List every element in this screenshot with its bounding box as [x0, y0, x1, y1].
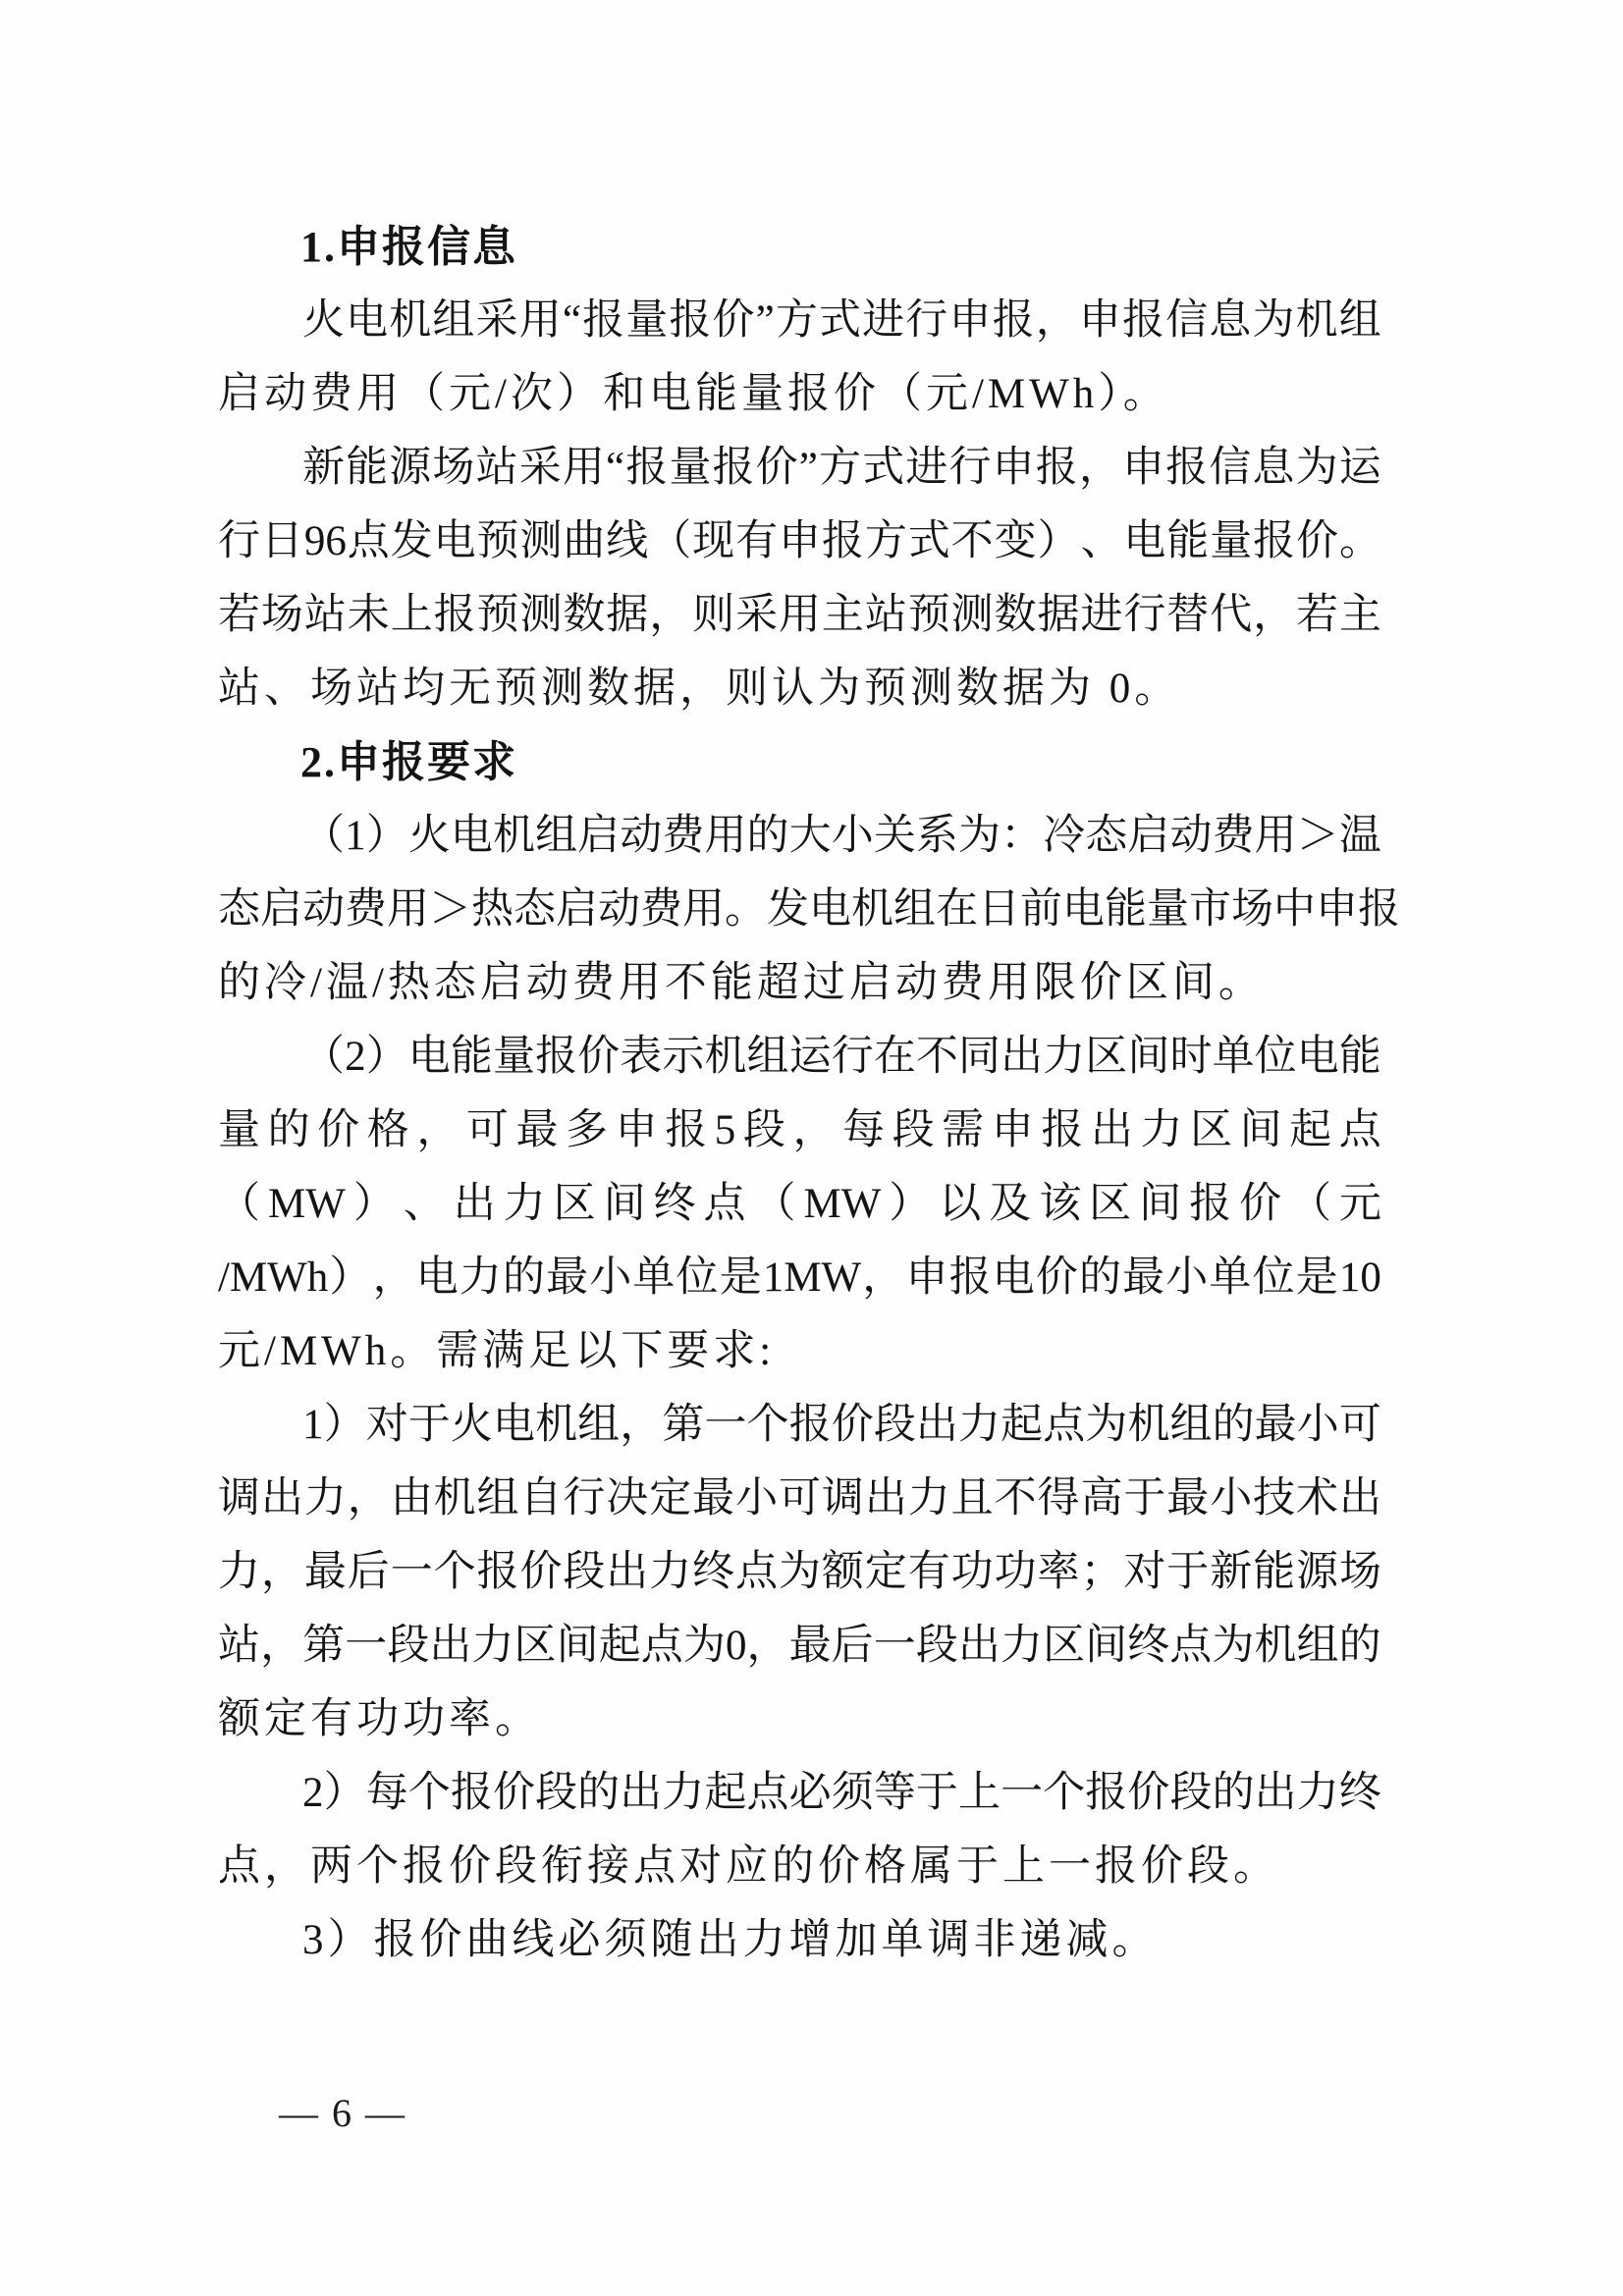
text-run: 量 [493, 1020, 535, 1094]
text-run: 价 [317, 1094, 359, 1167]
text-run: 96 [304, 505, 347, 578]
text-run: 区 [554, 1167, 596, 1241]
text-line: /MWh），电力的最小单位是1MW，申报电价的最小单位是10 [218, 1241, 1381, 1314]
text-run: 点 [747, 1756, 789, 1830]
text-run: （ [1289, 1167, 1331, 1241]
text-run: 申 [1079, 284, 1121, 357]
text-run: 个 [408, 1756, 451, 1830]
text-run: （ [218, 1167, 260, 1241]
text-run: 小 [735, 1462, 778, 1535]
text-line: 若场站未上报预测数据，则采用主站预测数据进行替代，若主 [218, 578, 1381, 652]
text-run: 间 [1139, 1167, 1181, 1241]
text-run: 该 [1039, 1167, 1081, 1241]
text-run: 报 [669, 284, 711, 357]
text-run: 最 [546, 1241, 588, 1314]
text-run: 报 [1085, 1756, 1127, 1830]
text-run: 机 [851, 873, 893, 946]
text-run: 是 [720, 1241, 762, 1314]
text-run: 报 [993, 284, 1035, 357]
text-run: 时 [1169, 1020, 1212, 1094]
text-line: 的冷/温/热态启动费用不能超过启动费用限价区间。 [218, 946, 1381, 1020]
text-run: 起 [704, 1756, 746, 1830]
text-run: 一 [345, 1609, 387, 1682]
text-run: 单 [1209, 1241, 1251, 1314]
text-run: 预 [477, 578, 519, 652]
text-run: 运 [789, 1020, 832, 1094]
text-run: 式 [908, 505, 950, 578]
text-run: 力 [662, 1756, 704, 1830]
text-run: 由 [391, 1462, 433, 1535]
text-run: 终 [1127, 1609, 1169, 1682]
text-line: 点，两个报价段衔接点对应的价格属于上一报价段。 [218, 1830, 1381, 1903]
text-run: 且 [951, 1462, 994, 1535]
text-run: ， [1253, 578, 1295, 652]
text-run: 决 [606, 1462, 648, 1535]
text-run: 出 [1339, 1462, 1381, 1535]
text-run: 申 [905, 1241, 947, 1314]
text-run: 力 [1043, 1020, 1085, 1094]
text-run: 于 [408, 1388, 451, 1462]
text-run: 1 [345, 799, 366, 873]
text-run: 组 [577, 1388, 620, 1462]
text-run: 小 [832, 799, 874, 873]
text-run: 能 [1253, 1535, 1295, 1609]
text-run: 方 [865, 505, 907, 578]
text-run: 新 [1210, 1535, 1252, 1609]
text-run: 5 [715, 1094, 736, 1167]
text-run: 未 [348, 578, 390, 652]
text-run: 用 [779, 578, 821, 652]
text-run: 电 [434, 505, 476, 578]
text-run: 进 [862, 284, 904, 357]
text-run: 电 [416, 1241, 459, 1314]
text-run: 出 [620, 1756, 662, 1830]
text-run: 2 [345, 1020, 366, 1094]
text-run: 小 [1297, 1388, 1339, 1462]
text-run: 费 [1213, 799, 1255, 873]
text-run: 对 [1123, 1535, 1165, 1609]
text-run: ； [1080, 1535, 1122, 1609]
text-line: 态启动费用＞热态启动费用。发电机组在日前电能量市场中申报 [218, 873, 1381, 946]
text-run: 报 [434, 578, 476, 652]
text-run: 区 [1043, 1609, 1085, 1682]
text-run: 新 [302, 431, 345, 505]
text-line: 新能源场站采用“报量报价”方式进行申报，申报信息为运 [218, 431, 1381, 505]
text-run: 为 [683, 1609, 726, 1682]
text-run: 价 [577, 1020, 620, 1094]
text-run: 费 [662, 799, 704, 873]
text-run: ， [649, 578, 691, 652]
text-run: 0 [726, 1609, 747, 1682]
text-run: 数 [995, 578, 1037, 652]
text-run: 启 [556, 873, 598, 946]
text-line: 额定有功功率。 [218, 1682, 1381, 1756]
text-run: 方 [776, 284, 818, 357]
text-run: 发 [391, 505, 433, 578]
text-line: 元/MWh。需满足以下要求: [218, 1314, 1381, 1388]
text-run: 曲 [563, 505, 605, 578]
text-run: 站 [304, 578, 347, 652]
text-run: ） [324, 1756, 366, 1830]
page-number: — 6 — [279, 2089, 406, 2138]
text-run: 则 [692, 578, 734, 652]
text-run: “ [606, 431, 624, 505]
text-run: ， [620, 1388, 662, 1462]
text-run: 上 [391, 578, 433, 652]
text-run: 采 [519, 431, 562, 505]
text-run: 电 [1062, 873, 1105, 946]
text-run: 出 [1255, 1756, 1297, 1830]
text-run: 前 [1020, 873, 1062, 946]
text-run: 大 [789, 799, 832, 873]
text-run: 第 [302, 1609, 345, 1682]
text-run: 主 [1339, 578, 1381, 652]
text-run: 能 [1166, 505, 1209, 578]
text-line: 站，第一段出力区间起点为0，最后一段出力区间终点为机组的 [218, 1609, 1381, 1682]
text-run: 场 [261, 578, 303, 652]
text-run: 申 [1122, 431, 1164, 505]
text-run: 场 [1231, 873, 1273, 946]
text-run: 出 [1001, 1020, 1043, 1094]
text-run: 力 [471, 1609, 514, 1682]
text-run: 调 [822, 1462, 864, 1535]
text-run: 为 [1252, 284, 1294, 357]
text-run: 力 [218, 1535, 260, 1609]
text-run: 定 [649, 1462, 691, 1535]
text-run: 起 [1289, 1094, 1331, 1167]
text-run: ） [366, 1020, 408, 1094]
text-run: 报 [822, 505, 864, 578]
text-run: 行 [563, 1462, 605, 1535]
text-run: 申 [779, 505, 821, 578]
text-run: 最 [789, 1609, 832, 1682]
text-run: 及 [989, 1167, 1031, 1241]
text-run: 10 [1339, 1241, 1381, 1314]
text-run: 量 [625, 284, 668, 357]
text-run: 出 [916, 1388, 958, 1462]
text-run: 热 [471, 873, 514, 946]
text-run: 价 [1036, 1241, 1078, 1314]
text-run: 个 [747, 1388, 789, 1462]
text-run: 为 [1085, 1388, 1127, 1462]
text-run: 若 [1296, 578, 1338, 652]
text-run: 的 [1213, 1388, 1255, 1462]
text-run: 动 [598, 873, 640, 946]
text-run: 术 [1296, 1462, 1338, 1535]
text-run: 最 [304, 1535, 347, 1609]
text-run: ， [348, 1462, 390, 1535]
text-run: 点 [1169, 1609, 1212, 1682]
text-run: 费 [640, 873, 682, 946]
text-run: 用 [704, 799, 746, 873]
text-run: 1MW [763, 1241, 861, 1314]
text-run: 报 [1165, 431, 1208, 505]
text-run: （ [649, 505, 691, 578]
text-run: 火 [408, 799, 451, 873]
text-run: 机 [434, 1462, 476, 1535]
text-run: 最 [1166, 1462, 1209, 1535]
text-run: 价 [519, 1535, 562, 1609]
text-run: 。 [1339, 505, 1381, 578]
text-run: 在 [936, 873, 978, 946]
text-run: 得 [1038, 1462, 1080, 1535]
text-run: 机 [704, 1020, 746, 1094]
text-run: 变 [995, 505, 1037, 578]
text-run: 站 [476, 431, 518, 505]
text-run: 机 [1254, 1609, 1296, 1682]
text-run: 价 [1296, 505, 1338, 578]
text-run: 区 [1085, 1020, 1127, 1094]
text-run: 报 [1189, 1167, 1231, 1241]
text-run: 位 [1253, 1241, 1295, 1314]
text-run: 用 [387, 873, 429, 946]
text-run: 段 [563, 1535, 605, 1609]
text-run: 动 [302, 873, 345, 946]
text-run: 启 [1127, 799, 1169, 873]
text-run: 一 [704, 1388, 746, 1462]
text-run: 终 [692, 1535, 734, 1609]
text-line: 2）每个报价段的出力起点必须等于上一个报价段的出力终 [218, 1756, 1381, 1830]
document-body: 1.申报信息火电机组采用“报量报价”方式进行申报，申报信息为机组启动费用（元/次… [218, 210, 1381, 1977]
text-run: 一 [391, 1535, 433, 1609]
text-run: 火 [302, 284, 345, 357]
text-run: ） [1038, 505, 1080, 578]
text-run: 价 [832, 1388, 874, 1462]
text-run: 报 [535, 1020, 577, 1094]
text-run: 的 [747, 799, 789, 873]
text-run: 为 [1212, 1609, 1254, 1682]
text-run: 单 [1213, 1020, 1255, 1094]
text-run: 关 [874, 799, 916, 873]
text-run: 火 [451, 1388, 493, 1462]
text-run: 组 [1339, 284, 1381, 357]
text-run: 行 [1123, 578, 1165, 652]
text-run: 可 [466, 1094, 509, 1167]
text-run: 报 [713, 431, 755, 505]
text-run: ） [329, 1241, 371, 1314]
text-run: 个 [1043, 1756, 1085, 1830]
text-line: 量的价格，可最多申报5段，每段需申报出力区间起点 [218, 1094, 1381, 1167]
text-run: 最 [692, 1462, 734, 1535]
text-run: 量 [218, 1094, 260, 1167]
text-run: 价 [1239, 1167, 1281, 1241]
text-run: 报 [665, 1094, 707, 1167]
text-run: 有 [908, 1535, 950, 1609]
text-run: 组 [893, 873, 936, 946]
text-run: 场 [1339, 1535, 1381, 1609]
text-line: 站、场站均无预测数据，则认为预测数据为 0。 [218, 652, 1381, 725]
text-run: 出 [454, 1167, 496, 1241]
text-run: 启 [577, 799, 620, 873]
text-run: 需 [942, 1094, 984, 1167]
text-run: 的 [1339, 1609, 1381, 1682]
text-run: 电 [809, 873, 851, 946]
text-line: 启动费用（元/次）和电能量报价（元/MWh）。 [218, 357, 1381, 431]
text-run: 电 [1297, 1020, 1339, 1094]
text-run: 站 [218, 1609, 260, 1682]
text-run: 起 [1001, 1388, 1043, 1462]
text-run: 出 [958, 1609, 1001, 1682]
text-run: 行 [832, 1020, 874, 1094]
text-run: 式 [862, 431, 904, 505]
text-run: 最 [515, 1094, 558, 1167]
text-run: 日 [978, 873, 1020, 946]
text-line: 力，最后一个报价段出力终点为额定有功功率；对于新能源场 [218, 1535, 1381, 1609]
text-run: 采 [735, 578, 778, 652]
text-run: 间 [1240, 1094, 1282, 1167]
text-run: 段 [916, 1609, 958, 1682]
text-run: 动 [1169, 799, 1212, 873]
text-run: 不 [951, 505, 994, 578]
text-run: 功 [951, 1535, 994, 1609]
text-line: （MW）、出力区间终点（MW）以及该区间报价（元 [218, 1167, 1381, 1241]
text-run: 组 [477, 1462, 519, 1535]
text-run: 机 [389, 284, 431, 357]
text-run: 报 [477, 1535, 519, 1609]
text-run: 据 [1038, 578, 1080, 652]
text-run: 区 [1190, 1094, 1232, 1167]
text-run: 机 [1127, 1388, 1169, 1462]
text-run: 区 [514, 1609, 557, 1682]
text-run: ， [261, 1535, 303, 1609]
text-run: （ [754, 1167, 796, 1241]
text-run: 上 [958, 1756, 1001, 1830]
text-run: 机 [1296, 284, 1338, 357]
text-run: 主 [822, 578, 864, 652]
text-run: 等 [874, 1756, 916, 1830]
text-run: 力 [1297, 1756, 1339, 1830]
text-run: 能 [1105, 873, 1147, 946]
text-run: 力 [908, 1462, 950, 1535]
text-run: 定 [865, 1535, 907, 1609]
text-run: 息 [1252, 431, 1294, 505]
text-run: 报 [1036, 431, 1078, 505]
text-run: 行 [905, 284, 947, 357]
text-run: 必 [789, 1756, 832, 1830]
text-run: 电 [493, 1388, 535, 1462]
text-run: 量 [1210, 505, 1252, 578]
text-run: 有 [735, 505, 778, 578]
text-run: “ [563, 284, 581, 357]
text-run: 申 [948, 284, 991, 357]
text-run: 报 [1122, 284, 1164, 357]
document-page: 1.申报信息火电机组采用“报量报价”方式进行申报，申报信息为机组启动费用（元/次… [0, 0, 1623, 2296]
text-run: 段 [1169, 1756, 1212, 1830]
text-run: 须 [832, 1756, 874, 1830]
text-run: 系 [916, 799, 958, 873]
text-run: 温 [1339, 799, 1381, 873]
text-run: 出 [1091, 1094, 1133, 1167]
text-run: 段 [535, 1756, 577, 1830]
text-run: 预 [908, 578, 950, 652]
text-run: 运 [1339, 431, 1381, 505]
text-run: 小 [1165, 1241, 1208, 1314]
text-run: ＞ [1297, 799, 1339, 873]
text-run: 不 [916, 1020, 958, 1094]
text-run: 位 [1255, 1020, 1297, 1094]
text-run: 申 [1316, 873, 1358, 946]
text-run: 多 [566, 1094, 608, 1167]
text-run: 的 [268, 1094, 310, 1167]
text-run: 费 [345, 873, 387, 946]
text-run: 量 [1147, 873, 1189, 946]
text-run: 电 [1123, 505, 1165, 578]
text-run: 高 [1080, 1462, 1122, 1535]
text-run: 报 [949, 1241, 992, 1314]
text-run: 间 [1127, 1020, 1169, 1094]
text-run: 最 [1122, 1241, 1164, 1314]
text-run: 力 [1140, 1094, 1182, 1167]
text-run: 进 [1080, 578, 1122, 652]
text-run: 采 [476, 284, 518, 357]
text-run: 示 [662, 1020, 704, 1094]
text-line: 调出力，由机组自行决定最小可调出力且不得高于最小技术出 [218, 1462, 1381, 1535]
text-run: MW [268, 1167, 346, 1241]
text-run: 2 [302, 1756, 324, 1830]
text-run: 机 [493, 799, 535, 873]
text-run: 用 [682, 873, 725, 946]
text-run: 于 [916, 1756, 958, 1830]
text-run: 行 [218, 505, 260, 578]
text-run: 为 [958, 799, 1001, 873]
text-run: 个 [434, 1535, 476, 1609]
text-run: 电 [451, 799, 493, 873]
text-run: 机 [535, 1388, 577, 1462]
text-run: 测 [951, 578, 994, 652]
text-run: 点 [735, 1535, 778, 1609]
text-run: 力 [958, 1388, 1001, 1462]
text-run: 源 [1296, 1535, 1338, 1609]
text-run: 力 [1001, 1609, 1043, 1682]
text-run: 同 [958, 1020, 1001, 1094]
text-run: ＞ [429, 873, 471, 946]
text-run: 息 [1209, 284, 1251, 357]
text-run: 用 [1255, 799, 1297, 873]
text-run: 是 [1296, 1241, 1338, 1314]
text-run: ， [1036, 284, 1078, 357]
text-run: 自 [519, 1462, 562, 1535]
section-heading: 1.申报信息 [218, 210, 1381, 284]
text-run: 段 [743, 1094, 785, 1167]
text-run: 报 [625, 431, 668, 505]
text-run: 点 [1043, 1388, 1085, 1462]
text-run: 组 [432, 284, 474, 357]
text-run: 申 [993, 431, 1035, 505]
text-run: 的 [577, 1756, 620, 1830]
text-run: （ [302, 1020, 345, 1094]
text-run: 代 [1210, 578, 1252, 652]
text-run: 态 [514, 873, 556, 946]
text-run: 出 [261, 1462, 303, 1535]
text-run: 率 [1038, 1535, 1080, 1609]
text-run: 力 [304, 1462, 347, 1535]
text-run: 测 [519, 505, 562, 578]
text-run: 申 [992, 1094, 1034, 1167]
text-run: 组 [535, 799, 577, 873]
text-run: 组 [1297, 1609, 1339, 1682]
text-run: 场 [432, 431, 474, 505]
text-run: 功 [995, 1535, 1037, 1609]
text-run: 发 [767, 873, 809, 946]
text-run: 表 [620, 1020, 662, 1094]
text-run: 电 [408, 1020, 451, 1094]
text-run: 价 [493, 1756, 535, 1830]
text-run: 报 [1358, 873, 1400, 946]
text-run: 替 [1166, 578, 1209, 652]
text-line: 行日96点发电预测曲线（现有申报方式不变）、电能量报价。 [218, 505, 1381, 578]
text-run: 市 [1189, 873, 1231, 946]
text-line: 3）报价曲线必须随出力增加单调非递减。 [218, 1903, 1381, 1977]
